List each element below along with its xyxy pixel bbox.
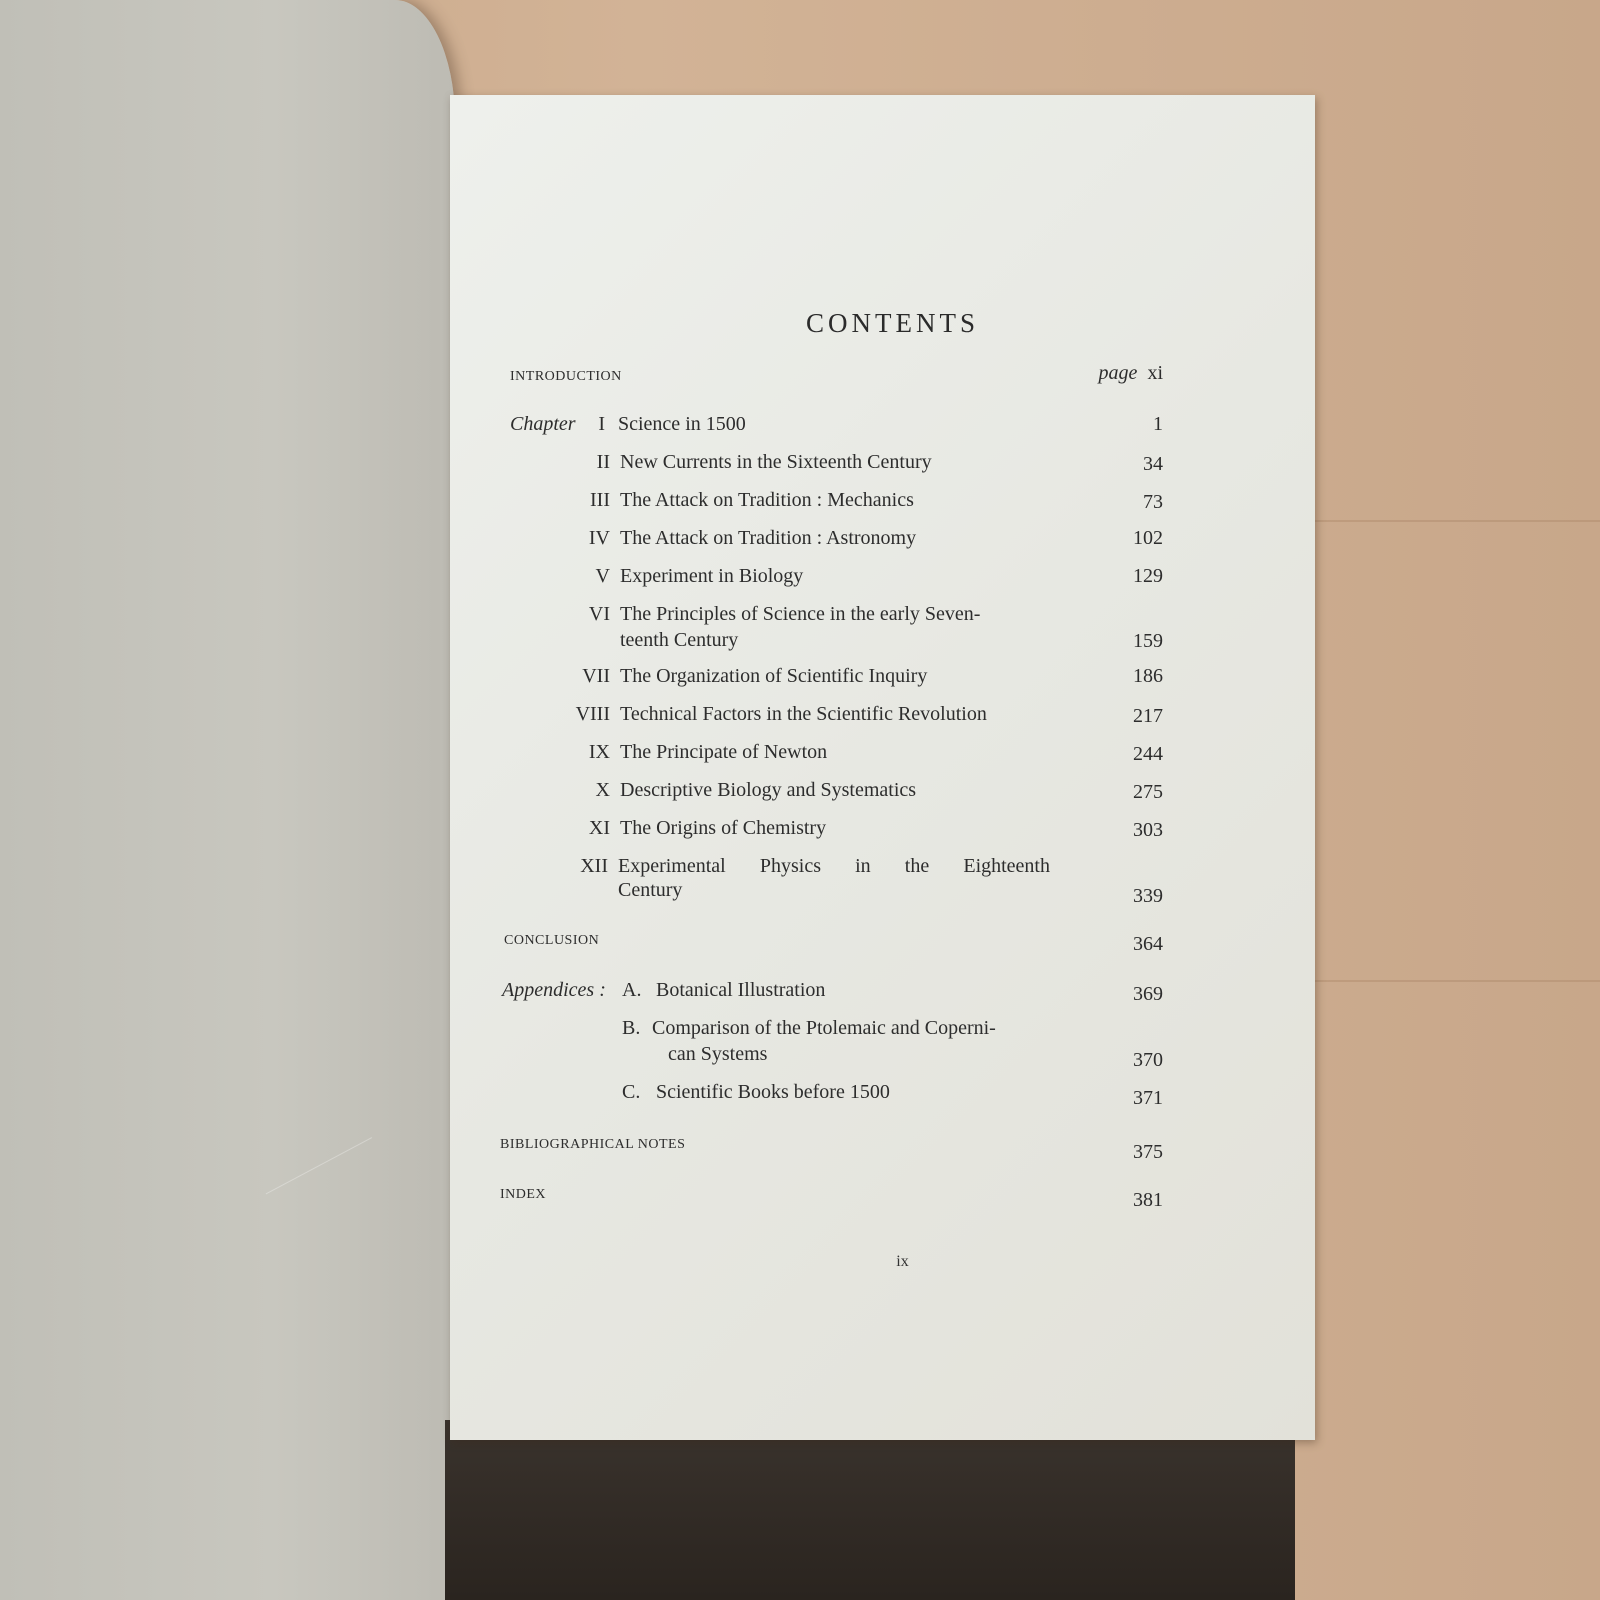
page-crease — [266, 1137, 415, 1274]
toc-index-label: INDEX — [500, 1187, 546, 1203]
chapter-number: V — [500, 565, 610, 588]
toc-conclusion-page: 364 — [1133, 933, 1163, 956]
page-number: 129 — [1133, 565, 1163, 588]
page-number: 339 — [1133, 885, 1163, 908]
book-edge — [445, 1420, 1295, 1600]
chapter-title: Descriptive Biology and Systematics — [620, 777, 916, 803]
page-number: xi — [1147, 362, 1163, 384]
toc-bibliography-page: 375 — [1133, 1141, 1163, 1164]
chapter-title: New Currents in the Sixteenth Century — [620, 449, 932, 475]
page-number: 370 — [1133, 1049, 1163, 1072]
page-number: 303 — [1133, 819, 1163, 842]
chapter-number: X — [500, 779, 610, 802]
appendix-letter: A. — [622, 977, 641, 1003]
chapter-title: The Attack on Tradition : Astronomy — [620, 525, 916, 551]
page-number: 1 — [1153, 413, 1163, 436]
chapter-title: Experimental Physics in the Eighteenth — [618, 853, 1050, 879]
chapter-title: Science in 1500 — [618, 411, 746, 437]
chapter-title: The Origins of Chemistry — [620, 815, 826, 841]
contents-page: CONTENTS INTRODUCTION page xi Chapter I … — [450, 95, 1315, 1440]
left-page — [0, 0, 455, 1600]
page-number: 371 — [1133, 1087, 1163, 1110]
chapter-number: II — [500, 451, 610, 474]
chapter-number: III — [500, 489, 610, 512]
chapter-number: VIII — [500, 703, 610, 726]
page-number: 244 — [1133, 743, 1163, 766]
toc-conclusion-label: CONCLUSION — [504, 933, 599, 949]
appendices-label: Appendices : — [502, 979, 606, 1002]
chapter-number: VII — [500, 665, 610, 688]
page-number: 159 — [1133, 630, 1163, 653]
chapter-title: The Organization of Scientific Inquiry — [620, 663, 927, 689]
page-number: 34 — [1143, 453, 1163, 476]
appendix-title: Scientific Books before 1500 — [656, 1079, 890, 1105]
chapter-title: The Principate of Newton — [620, 739, 827, 765]
chapter-number: XI — [500, 817, 610, 840]
toc-introduction-label: INTRODUCTION — [510, 369, 622, 385]
toc-introduction-page: page xi — [1099, 362, 1163, 385]
chapter-title-continued: teenth Century — [620, 627, 738, 653]
toc-bibliography-label: BIBLIOGRAPHICAL NOTES — [500, 1137, 685, 1153]
appendix-title-continued: can Systems — [668, 1041, 767, 1067]
page-number: 369 — [1133, 983, 1163, 1006]
folio-page-number: ix — [450, 1253, 1315, 1271]
page-number: 217 — [1133, 705, 1163, 728]
chapter-number: XII — [498, 855, 608, 878]
appendix-title: Botanical Illustration — [656, 977, 825, 1003]
page-number: 275 — [1133, 781, 1163, 804]
chapter-number: IV — [500, 527, 610, 550]
chapter-title: The Principles of Science in the early S… — [620, 601, 980, 627]
chapter-title: Experiment in Biology — [620, 563, 803, 589]
appendix-letter: C. — [622, 1079, 640, 1105]
chapter-title: The Attack on Tradition : Mechanics — [620, 487, 914, 513]
chapter-title-continued: Century — [618, 877, 682, 903]
page-title: CONTENTS — [450, 308, 1315, 339]
chapter-number: VI — [500, 603, 610, 626]
page-number: 73 — [1143, 491, 1163, 514]
appendix-title: Comparison of the Ptolemaic and Coperni- — [652, 1015, 996, 1041]
appendix-letter: B. — [622, 1015, 640, 1041]
chapter-number: I — [495, 413, 605, 436]
page-prefix: page — [1099, 362, 1138, 384]
chapter-title: Technical Factors in the Scientific Revo… — [620, 701, 987, 727]
page-number: 102 — [1133, 527, 1163, 550]
toc-index-page: 381 — [1133, 1189, 1163, 1212]
page-number: 186 — [1133, 665, 1163, 688]
chapter-number: IX — [500, 741, 610, 764]
